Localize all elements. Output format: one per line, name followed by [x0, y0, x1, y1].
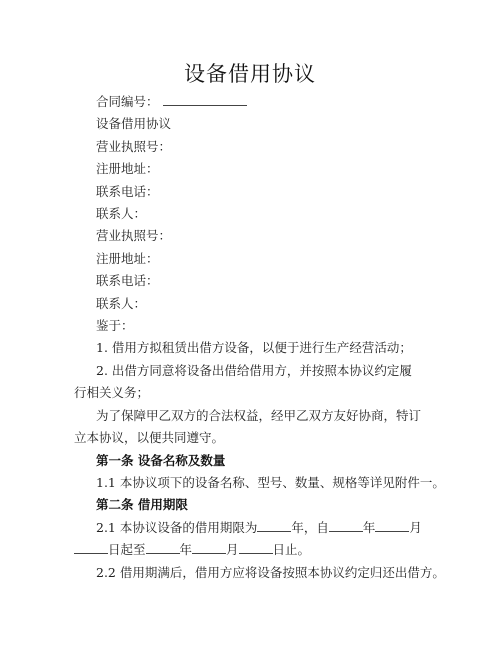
party-b-license: 营业执照号：: [74, 225, 424, 247]
document-body: 合同编号： 设备借用协议 营业执照号： 注册地址： 联系电话： 联系人： 营业执…: [74, 91, 424, 584]
term-years-blank[interactable]: [257, 519, 291, 532]
article-1-heading: 第一条 设备名称及数量: [74, 450, 424, 472]
party-a-contact: 联系人：: [74, 203, 424, 225]
contract-number-line: 合同编号：: [74, 91, 424, 113]
preamble-item-2: 2. 出借方同意将设备出借给借用方，并按照本协议约定履行相关义务；: [74, 360, 424, 405]
party-b-address: 注册地址：: [74, 248, 424, 270]
end-month-blank[interactable]: [192, 541, 226, 554]
whereas-label: 鉴于：: [74, 315, 424, 337]
clause-text: 2.1 本协议设备的借用期限为: [96, 520, 257, 535]
clause-text: 月: [409, 520, 422, 535]
clause-text: 年，自: [291, 520, 329, 535]
preamble-item-1: 1. 借用方拟租赁出借方设备，以便于进行生产经营活动；: [74, 337, 424, 359]
party-a-phone: 联系电话：: [74, 181, 424, 203]
start-day-blank[interactable]: [74, 541, 108, 554]
article-1-clause-1: 1.1 本协议项下的设备名称、型号、数量、规格等详见附件一。: [74, 472, 424, 494]
party-b-phone: 联系电话：: [74, 270, 424, 292]
start-year-blank[interactable]: [329, 519, 363, 532]
article-2-clause-2: 2.2 借用期满后，借用方应将设备按照本协议约定归还出借方。: [74, 562, 424, 584]
article-2-heading: 第二条 借用期限: [74, 494, 424, 516]
doc-name-line: 设备借用协议: [74, 113, 424, 135]
document-title: 设备借用协议: [0, 58, 500, 88]
preamble-purpose: 为了保障甲乙双方的合法权益，经甲乙双方友好协商，特订立本协议，以便共同遵守。: [74, 405, 424, 450]
contract-number-blank[interactable]: [163, 93, 247, 106]
clause-text: 日止。: [273, 542, 311, 557]
party-b-contact: 联系人：: [74, 293, 424, 315]
start-month-blank[interactable]: [375, 519, 409, 532]
article-2-clause-1: 2.1 本协议设备的借用期限为年，自年月: [74, 517, 424, 539]
clause-text: 月: [226, 542, 239, 557]
party-a-license: 营业执照号：: [74, 136, 424, 158]
end-day-blank[interactable]: [239, 541, 273, 554]
contract-number-label: 合同编号：: [96, 94, 159, 109]
clause-text: 年: [363, 520, 376, 535]
party-a-address: 注册地址：: [74, 158, 424, 180]
article-2-clause-1-cont: 日起至年月日止。: [74, 539, 424, 561]
end-year-blank[interactable]: [146, 541, 180, 554]
clause-text: 日起至: [108, 542, 146, 557]
clause-text: 年: [180, 542, 193, 557]
